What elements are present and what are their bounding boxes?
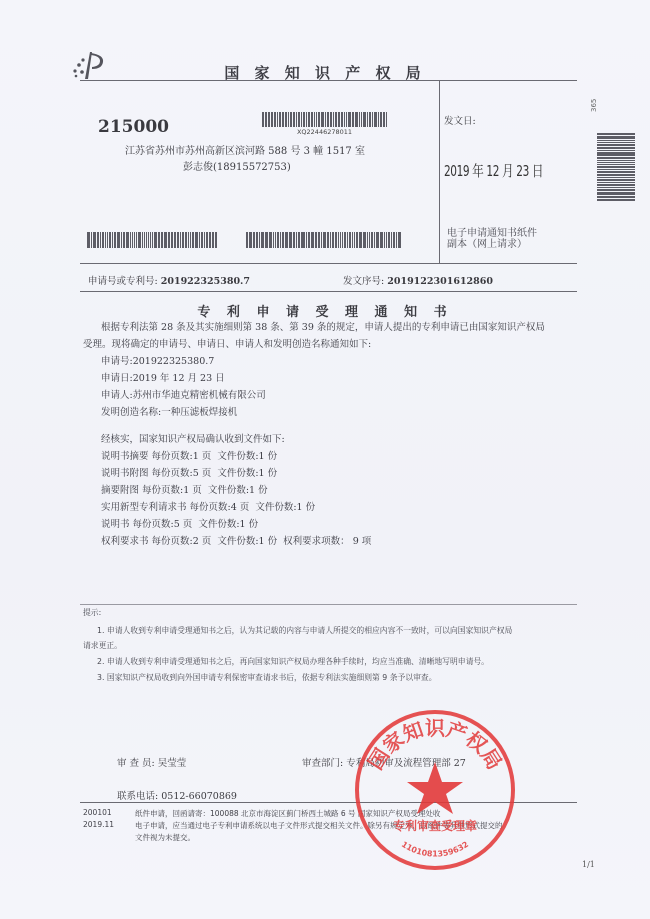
field-invention-title: 发明创造名称:一种压滤板焊接机 xyxy=(101,404,237,421)
field-applicant: 申请人:苏州市华迪克精密机械有限公司 xyxy=(101,387,266,404)
recipient-name: 彭志俊(18915572753) xyxy=(183,158,291,173)
examiner-label: 审 查 员: xyxy=(117,758,155,769)
barcode-right xyxy=(246,232,401,248)
footer-rule xyxy=(80,802,577,803)
application-number: 201922325380.7 xyxy=(161,276,250,287)
meta-rule-top xyxy=(80,263,577,264)
footer-line-2: 电子申请，应当通过电子专利申请系统以电子文件形式提交相关文件。除另有规定外，以纸… xyxy=(135,820,503,831)
tracking-barcode-label: XQ22446278011 xyxy=(262,128,387,136)
header-rule xyxy=(80,80,577,81)
recipient-address: 江苏省苏州市苏州高新区滨河路 588 号 3 幢 1517 室 xyxy=(125,142,365,157)
phone-label: 联系电话: xyxy=(117,791,158,802)
copy-note: 电子申请通知书纸件副本（网上请求） xyxy=(447,228,543,250)
hints-title: 提示: xyxy=(83,607,101,618)
examiner-name: 吴莹莹 xyxy=(158,758,187,769)
intro-line-2: 受理。现将确定的申请号、申请日、申请人和发明创造名称通知如下: xyxy=(83,336,371,353)
examiner-row: 审 查 员: 吴莹莹 xyxy=(117,755,186,769)
application-number-label: 申请号或专利号: xyxy=(88,276,158,287)
phone-row: 联系电话: 0512-66070869 xyxy=(117,788,237,802)
hint-item: 1. 申请人收到专利申请受理通知书之后，认为其记载的内容与申请人所提交的相应内容… xyxy=(97,625,512,636)
side-barcode xyxy=(597,133,635,201)
file-item: 权利要求书 每份页数:2 页 文件份数:1 份 权利要求项数： 9 项 xyxy=(101,533,371,550)
postcode: 215000 xyxy=(98,117,169,137)
issue-date-label: 发文日: xyxy=(444,113,476,127)
department-name: 专利局初审及流程管理部 27 xyxy=(346,758,466,769)
hint-item: 请求更正。 xyxy=(83,640,122,651)
serial-number: 2019122301612860 xyxy=(387,276,493,287)
file-item: 说明书 每份页数:5 页 文件份数:1 份 xyxy=(101,516,258,533)
notice-title: 专 利 申 请 受 理 通 知 书 xyxy=(0,301,650,320)
notice-document: 国 家 知 识 产 权 局 215000 XQ22446278011 江苏省苏州… xyxy=(0,0,650,919)
phone-number: 0512-66070869 xyxy=(161,791,237,802)
files-intro: 经核实，国家知识产权局确认收到文件如下: xyxy=(101,431,285,448)
file-item: 实用新型专利请求书 每份页数:4 页 文件份数:1 份 xyxy=(101,499,315,516)
official-seal-icon: 国家知识产权局 专利审查受理章 1101081359632 xyxy=(345,700,525,880)
field-application-number: 申请号:201922325380.7 xyxy=(101,353,214,370)
serial-number-label: 发文序号: xyxy=(343,276,384,287)
department-row: 审查部门: 专利局初审及流程管理部 27 xyxy=(302,755,466,769)
meta-rule-bottom xyxy=(80,291,577,292)
barcode-left xyxy=(87,232,217,248)
footer-line-3: 文件视为未提交。 xyxy=(135,832,195,843)
header-divider xyxy=(439,81,440,263)
side-code: 365 xyxy=(590,99,598,112)
footer-line-1: 纸件申请，回函请寄：100088 北京市海淀区蓟门桥西土城路 6 号 国家知识产… xyxy=(135,808,440,819)
hint-item: 2. 申请人收到专利申请受理通知书之后，再向国家知识产权局办理各种手续时，均应当… xyxy=(97,656,489,667)
issue-date: 2019 年 12 月 23 日 xyxy=(444,160,543,181)
department-label: 审查部门: xyxy=(302,758,343,769)
hint-item: 3. 国家知识产权局收到向外国申请专利保密审查请求书后，依据专利法实施细则第 9… xyxy=(97,672,437,683)
field-application-date: 申请日:2019 年 12 月 23 日 xyxy=(101,370,225,387)
intro-line-1: 根据专利法第 28 条及其实施细则第 38 条、第 39 条的规定，申请人提出的… xyxy=(101,319,545,336)
application-number-row: 申请号或专利号: 201922325380.7 xyxy=(88,273,250,287)
svg-text:1101081359632: 1101081359632 xyxy=(400,840,470,859)
footer-code-1: 200101 xyxy=(83,808,112,817)
footer-code-2: 2019.11 xyxy=(83,820,114,829)
hints-rule xyxy=(80,604,577,605)
serial-number-row: 发文序号: 2019122301612860 xyxy=(343,273,493,287)
tracking-barcode xyxy=(262,112,387,127)
file-item: 说明书附图 每份页数:5 页 文件份数:1 份 xyxy=(101,465,277,482)
file-item: 说明书摘要 每份页数:1 页 文件份数:1 份 xyxy=(101,448,277,465)
file-item: 摘要附图 每份页数:1 页 文件份数:1 份 xyxy=(101,482,268,499)
page-number: 1/1 xyxy=(582,860,595,869)
